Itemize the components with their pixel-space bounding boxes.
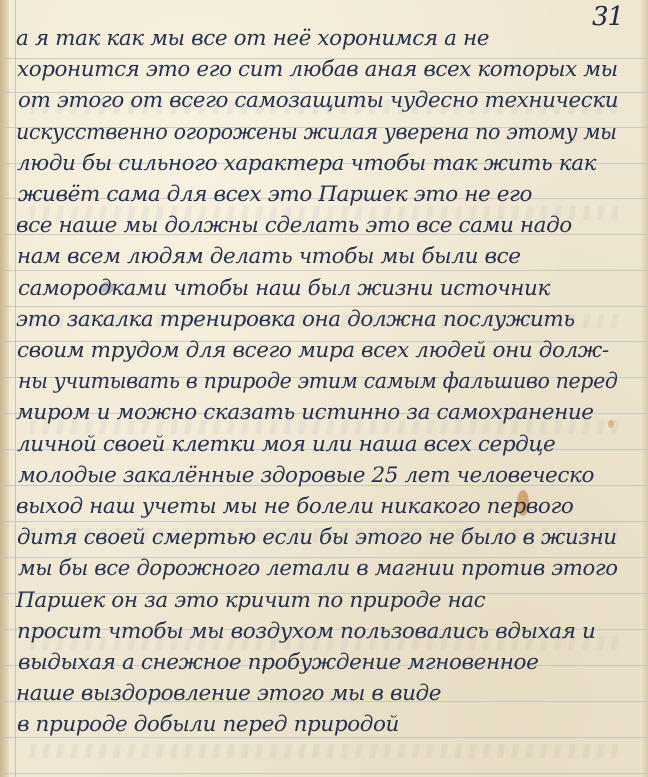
ruled-line [0,773,648,774]
text-line: миром и можно сказать истинно за самохра… [16,400,594,425]
text-line: личной своей клетки моя или наша всех се… [17,432,555,457]
text-line: в природе добыли перед природой [17,712,399,737]
text-line: дитя своей смертью если бы этого не было… [17,525,617,550]
page-left-edge [0,0,9,777]
text-line: а я так как мы все от неё хоронимся а не [16,26,489,51]
text-line: мы бы все дорожного летали в магнии прот… [18,556,618,581]
text-line: молодые закалённые здоровые 25 лет челов… [18,463,594,488]
text-line: выход наш учеты мы не болели никакого пе… [16,494,573,519]
ink-bleed [30,744,618,758]
text-line: хоронится это его сит любав аная всех ко… [17,57,618,82]
ink-stain [608,420,614,428]
text-line: ны учитывать в природе этим самым фальши… [18,369,618,394]
page-number: 31 [592,2,623,32]
text-line: все наше мы должны сделать это все сами … [16,213,572,238]
text-line: живёт сама для всех это Паршек это не ег… [18,182,532,207]
page-right-edge [640,0,648,777]
margin-line [15,0,16,777]
notebook-page: 31 а я так как мы все от неё хоронимся а… [0,0,648,777]
text-line: самородками чтобы наш был жизни источник [18,276,550,301]
text-line: выдыхая а снежное пробуждение мгновенное [18,650,538,675]
text-line: просит чтобы мы воздухом пользовались вд… [17,619,595,644]
ruled-line [0,521,648,522]
text-line: своим трудом для всего мира всех людей о… [17,338,609,363]
text-line: от этого от всего самозащиты чудесно тех… [18,88,618,113]
text-line: искусственно огорожены жилая уверена по … [16,120,617,145]
ruled-line [0,270,648,271]
text-line: люди бы сильного характера чтобы так жит… [17,151,596,176]
text-line: это закалка тренировка она должна послуж… [16,307,575,332]
text-line: нам всем людям делать чтобы мы были все [17,244,521,269]
text-line: Паршек он за это кричит по природе нас [16,588,485,613]
text-line: наше выздоровление этого мы в виде [16,681,441,706]
